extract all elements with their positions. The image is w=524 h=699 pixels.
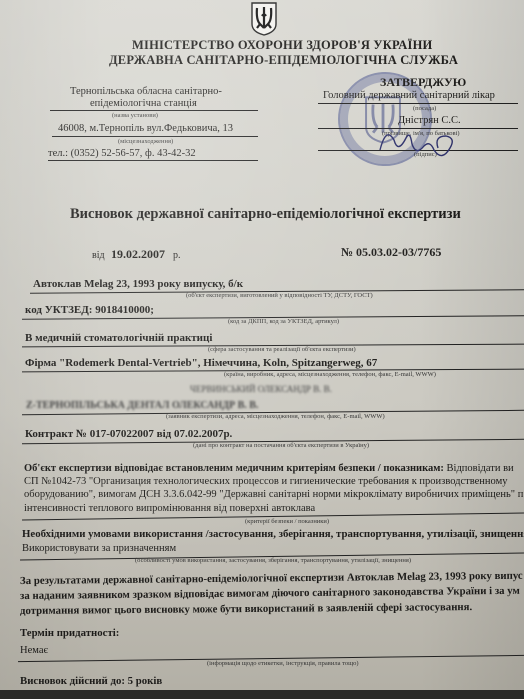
criteria-lead-tail: Відповідати ви [447,463,514,474]
trident-emblem-icon [250,2,278,36]
conclusion-line1: За результатами державної санітарно-епід… [20,570,523,587]
code-caption: (код за ДКПП, код за УКТЗЕД, артикул) [228,318,339,325]
document-title: Висновок державної санітарно-епідеміолог… [70,206,461,223]
address-caption: (місцезнаходження) [118,138,173,145]
manufacturer: Фірма "Rodemerk Dental-Vertrieb", Німечч… [25,357,377,369]
document-page: МІНІСТЕРСТВО ОХОРОНИ ЗДОРОВ'Я УКРАЇНИ ДЕ… [0,0,524,690]
shelf-life-label: Термін придатності: [20,627,119,639]
date-prefix: від [92,250,105,261]
criteria-line2: СП №1042-73 "Организация технологических… [24,476,508,487]
criteria-lead-line: Об'єкт експертизи відповідає встановлени… [24,463,514,474]
conditions-caption: (особливості умов використання, застосув… [135,557,411,564]
ministry-heading: МІНІСТЕРСТВО ОХОРОНИ ЗДОРОВ'Я УКРАЇНИ [132,38,432,53]
contract-info: Контракт № 017-07022007 від 07.02.2007р. [25,428,232,440]
expertise-object: Автоклав Melag 23, 1993 року випуску, б/… [33,278,243,290]
photo-background-edge [0,690,524,699]
document-number: № 05.03.02-03/7765 [341,245,441,260]
conclusion-line2: за наданим заявником зразком відповідає … [20,585,520,602]
criteria-line3: оборудованию", вимогам ДСН 3.3.6.042-99 … [24,489,523,500]
institution-caption: (назва установи) [112,112,158,119]
conditions-value: Використовувати за призначенням [22,543,176,554]
validity-text: Висновок дійсний до: 5 років [20,675,162,687]
position-caption: (посада) [413,105,436,112]
application-scope: В медичній стоматологічній практиці [25,332,212,344]
conclusion-line3: дотримання вимог цього висновку може бут… [20,601,472,617]
shelf-life-caption: (інформація щодо етикетки, інструкція, п… [207,660,359,667]
object-caption: (об'єкт експертизи, виготовлений у відпо… [186,292,373,299]
applicant-redacted-line2: Z-ТЕРНОПІЛЬСЬКА ДЕНТАЛ ОЛЕКСАНДР В. В. [26,400,258,411]
document-date: 19.02.2007 [111,247,165,262]
scope-caption: (сфера застосування та реалізації об'єкт… [208,346,356,353]
conditions-lead: Необхідними умовами використання /застос… [22,528,524,540]
applicant-caption: (заявник експертизи, адреса, місцезнаход… [166,413,385,420]
approver-position: Головний державний санітарний лікар [323,90,495,101]
criteria-caption: (критерії безпеки / показники) [245,518,329,525]
service-heading: ДЕРЖАВНА САНІТАРНО-ЕПІДЕМІОЛОГІЧНА СЛУЖБ… [109,53,458,68]
institution-address: 46008, м.Тернопіль вул.Федьковича, 13 [58,123,233,134]
approval-title: ЗАТВЕРДЖУЮ [380,75,466,90]
product-code: код УКТЗЕД: 9018410000; [25,304,154,316]
contract-caption: (дані про контракт на постачання об'єкта… [193,442,369,449]
criteria-lead: Об'єкт експертизи відповідає встановлени… [24,463,444,474]
shelf-life-value: Немає [20,645,48,656]
institution-name-line2: епідеміологічна станція [90,98,197,109]
signature-icon [372,120,462,165]
date-suffix: р. [173,250,181,261]
institution-phone: тел.: (0352) 52-56-57, ф. 43-42-32 [48,148,196,159]
applicant-redacted-line1: ЧЕРВИНСЬКИЙ ОЛЕКСАНДР В. В. [190,384,332,394]
institution-name-line1: Тернопільська обласна санітарно- [70,86,222,97]
criteria-line4: інтенсивності теплового випромінювання в… [24,503,315,514]
manufacturer-caption: (країна, виробник, адреса, місцезнаходже… [224,371,436,378]
